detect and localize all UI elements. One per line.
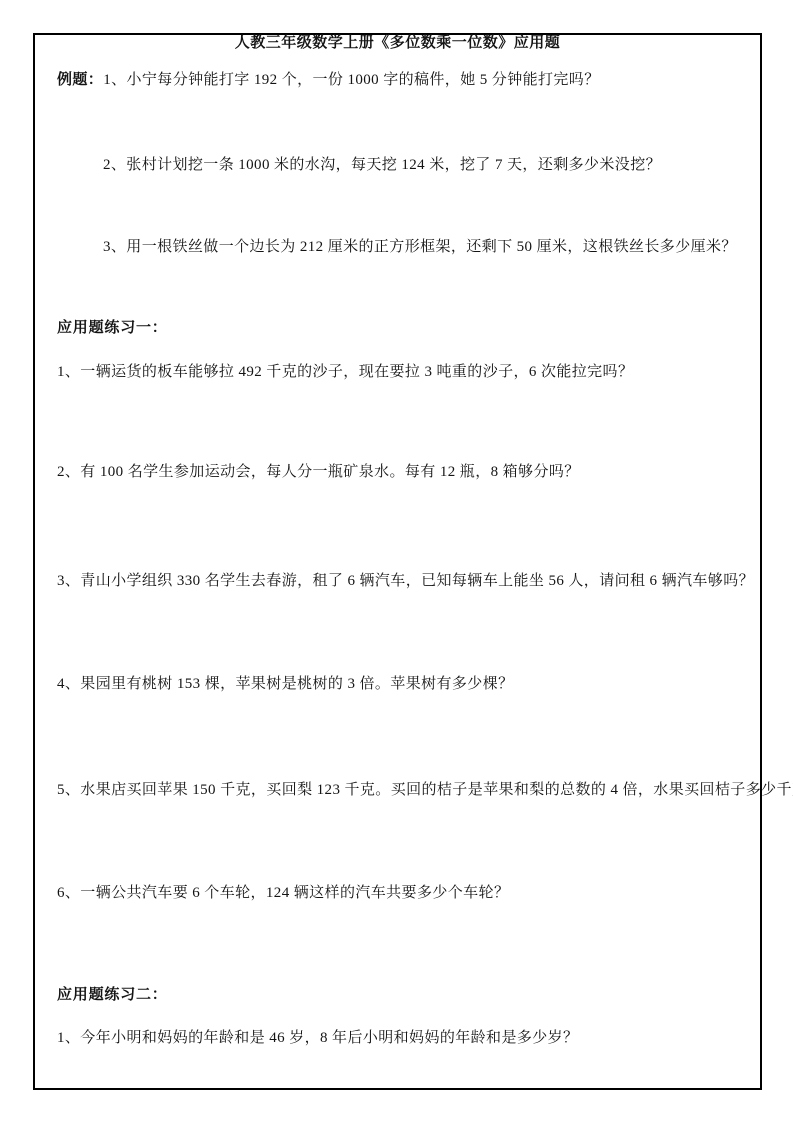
page-title: 人教三年级数学上册《多位数乘一位数》应用题 (33, 33, 762, 53)
exercise-two-heading: 应用题练习二： (57, 984, 168, 1006)
example-section-label: 例题： (57, 72, 103, 88)
exercise-one-problem-2: 2、有 100 名学生参加运动会，每人分一瓶矿泉水。每有 12 瓶，8 箱够分吗… (57, 461, 580, 483)
example-problem-1: 1、小宁每分钟能打字 192 个，一份 1000 字的稿件，她 5 分钟能打完吗… (103, 72, 599, 88)
exercise-one-problem-1: 1、一辆运货的板车能够拉 492 千克的沙子，现在要拉 3 吨重的沙子，6 次能… (57, 361, 633, 383)
exercise-one-problem-6: 6、一辆公共汽车要 6 个车轮，124 辆这样的汽车共要多少个车轮？ (57, 882, 509, 904)
worksheet-page: { "page": { "background": "#ffffff", "bo… (0, 0, 793, 1122)
page-border-frame (33, 33, 762, 1090)
exercise-one-problem-3: 3、青山小学组织 330 名学生去春游，租了 6 辆汽车，已知每辆车上能坐 56… (57, 570, 754, 592)
exercise-one-problem-5: 5、水果店买回苹果 150 千克，买回梨 123 千克。买回的桔子是苹果和梨的总… (57, 779, 793, 801)
example-problem-3: 3、用一根铁丝做一个边长为 212 厘米的正方形框架，还剩下 50 厘米，这根铁… (103, 236, 737, 258)
exercise-one-problem-4: 4、果园里有桃树 153 棵，苹果树是桃树的 3 倍。苹果树有多少棵？ (57, 673, 514, 695)
exercise-two-problem-1: 1、今年小明和妈妈的年龄和是 46 岁，8 年后小明和妈妈的年龄和是多少岁？ (57, 1027, 578, 1049)
exercise-one-heading: 应用题练习一： (57, 317, 168, 339)
example-line-1: 例题：1、小宁每分钟能打字 192 个，一份 1000 字的稿件，她 5 分钟能… (57, 69, 600, 91)
example-problem-2: 2、张村计划挖一条 1000 米的水沟，每天挖 124 米，挖了 7 天，还剩多… (103, 154, 661, 176)
